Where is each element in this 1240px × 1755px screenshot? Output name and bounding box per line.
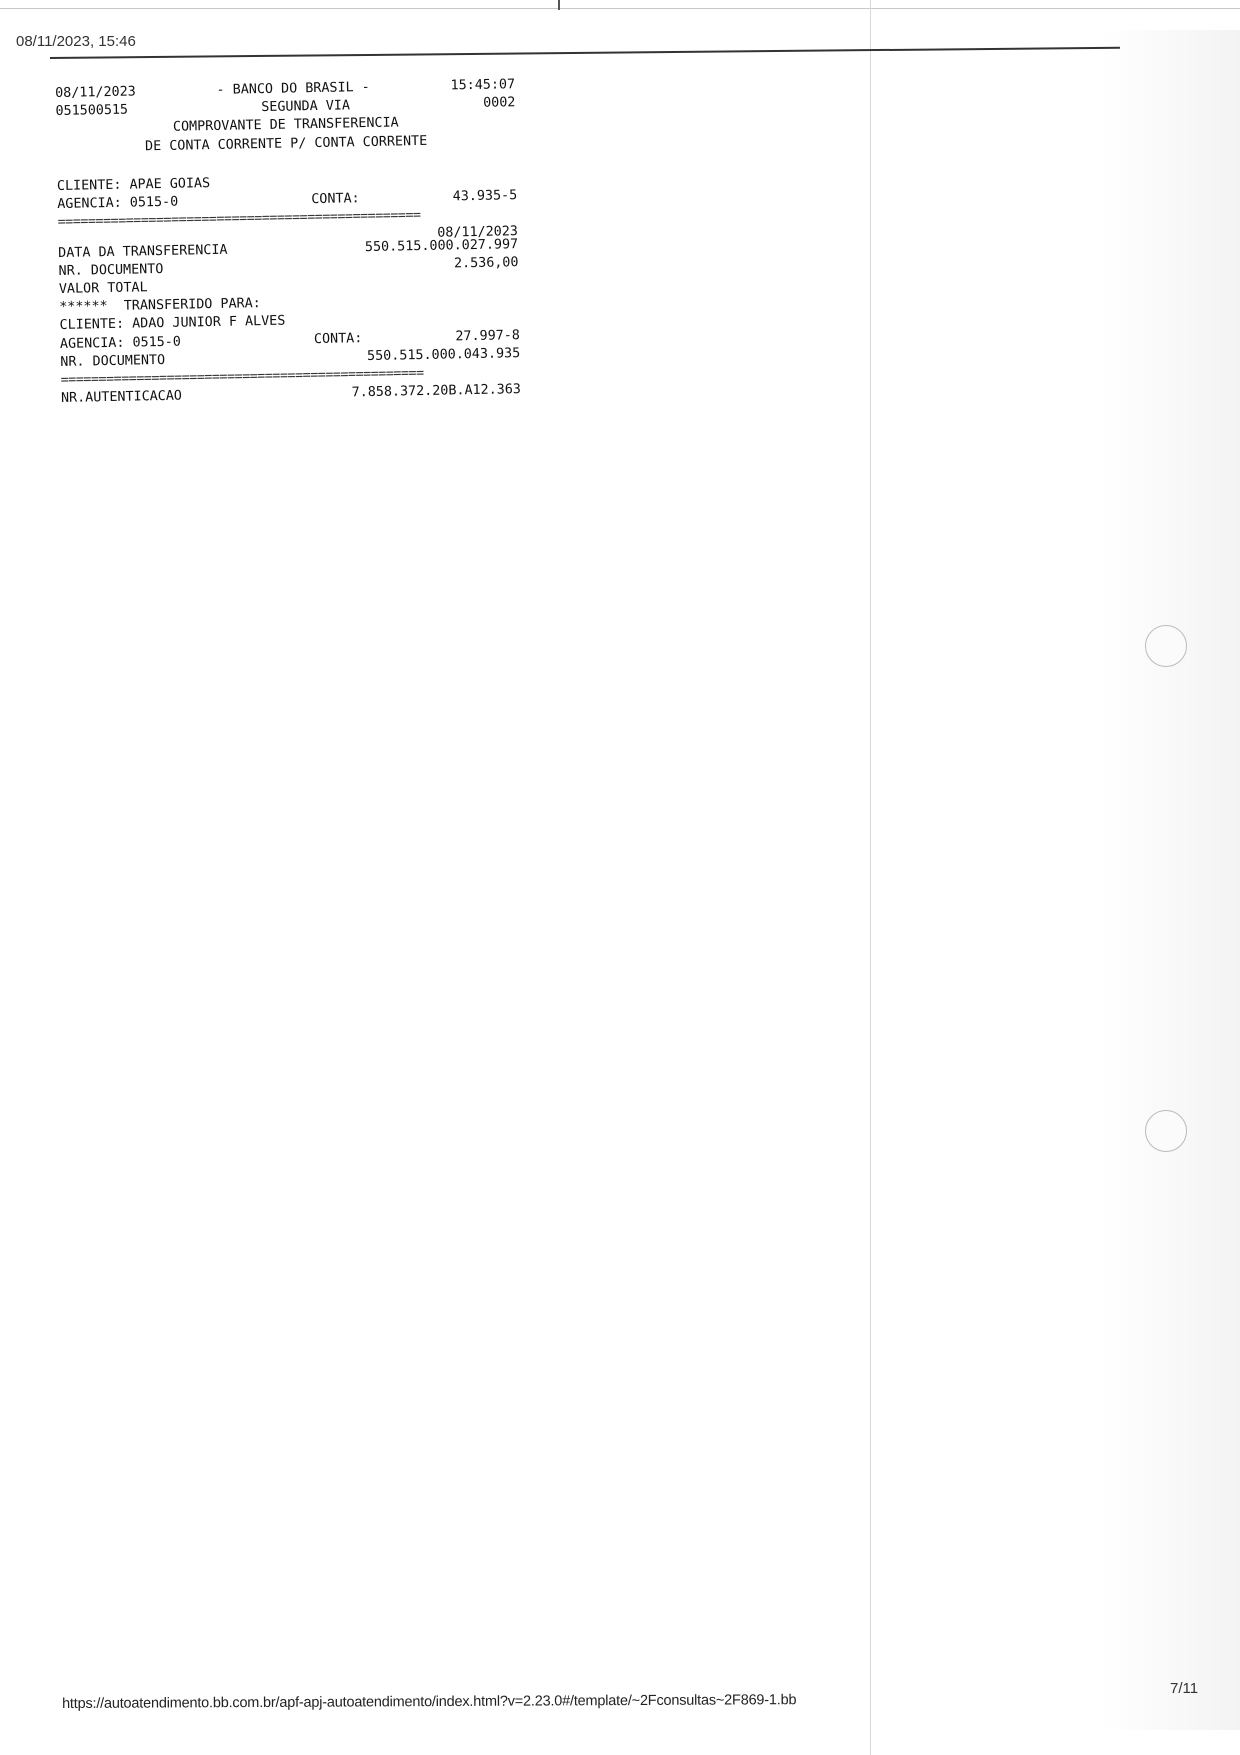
punch-hole <box>1145 1110 1187 1152</box>
page-url: https://autoatendimento.bb.com.br/apf-ap… <box>62 1692 796 1712</box>
recipient-conta-value: 27.997-8 <box>455 327 520 346</box>
transfer-amount-label: VALOR TOTAL <box>59 279 148 299</box>
authentication-label: NR.AUTENTICACAO <box>61 388 182 409</box>
recipient-document-label: NR. DOCUMENTO <box>60 352 165 372</box>
recipient-agencia-value: 0515-0 <box>132 334 181 350</box>
sender-agencia-label: AGENCIA: <box>57 196 122 212</box>
transfer-amount-value: 2.536,00 <box>454 254 519 273</box>
transfer-receipt: 08/11/2023 - BANCO DO BRASIL - 15:45:07 … <box>55 76 521 408</box>
sender-agencia-value: 0515-0 <box>130 195 179 211</box>
recipient-cliente-label: CLIENTE: <box>59 317 124 333</box>
print-datetime: 08/11/2023, 15:46 <box>16 33 136 50</box>
fold-line <box>870 0 871 1755</box>
transfer-date-label: DATA DA TRANSFERENCIA <box>58 241 228 262</box>
page-edge <box>0 8 1240 9</box>
receipt-time: 15:45:07 <box>450 76 515 95</box>
transfer-document-label: NR. DOCUMENTO <box>58 261 163 281</box>
header-rule <box>50 47 1120 59</box>
sender-conta-value: 43.935-5 <box>453 187 518 206</box>
sender-cliente-value: APAE GOIAS <box>129 176 210 193</box>
fold-mark <box>558 0 560 10</box>
authentication-value: 7.858.372.20B.A12.363 <box>351 381 521 402</box>
recipient-cliente-value: ADAO JUNIOR F ALVES <box>132 314 285 332</box>
sender-cliente-label: CLIENTE: <box>57 178 122 194</box>
recipient-document-value: 550.515.000.043.935 <box>367 345 521 366</box>
receipt-sequence: 0002 <box>483 94 516 113</box>
receipt-date: 08/11/2023 <box>55 83 136 103</box>
receipt-code: 051500515 <box>55 102 128 122</box>
scan-shadow <box>1100 30 1240 1730</box>
copy-label: SEGUNDA VIA <box>261 98 350 118</box>
page-number: 7/11 <box>1170 1680 1198 1697</box>
punch-hole <box>1145 625 1187 667</box>
recipient-agencia-label: AGENCIA: <box>60 335 125 351</box>
